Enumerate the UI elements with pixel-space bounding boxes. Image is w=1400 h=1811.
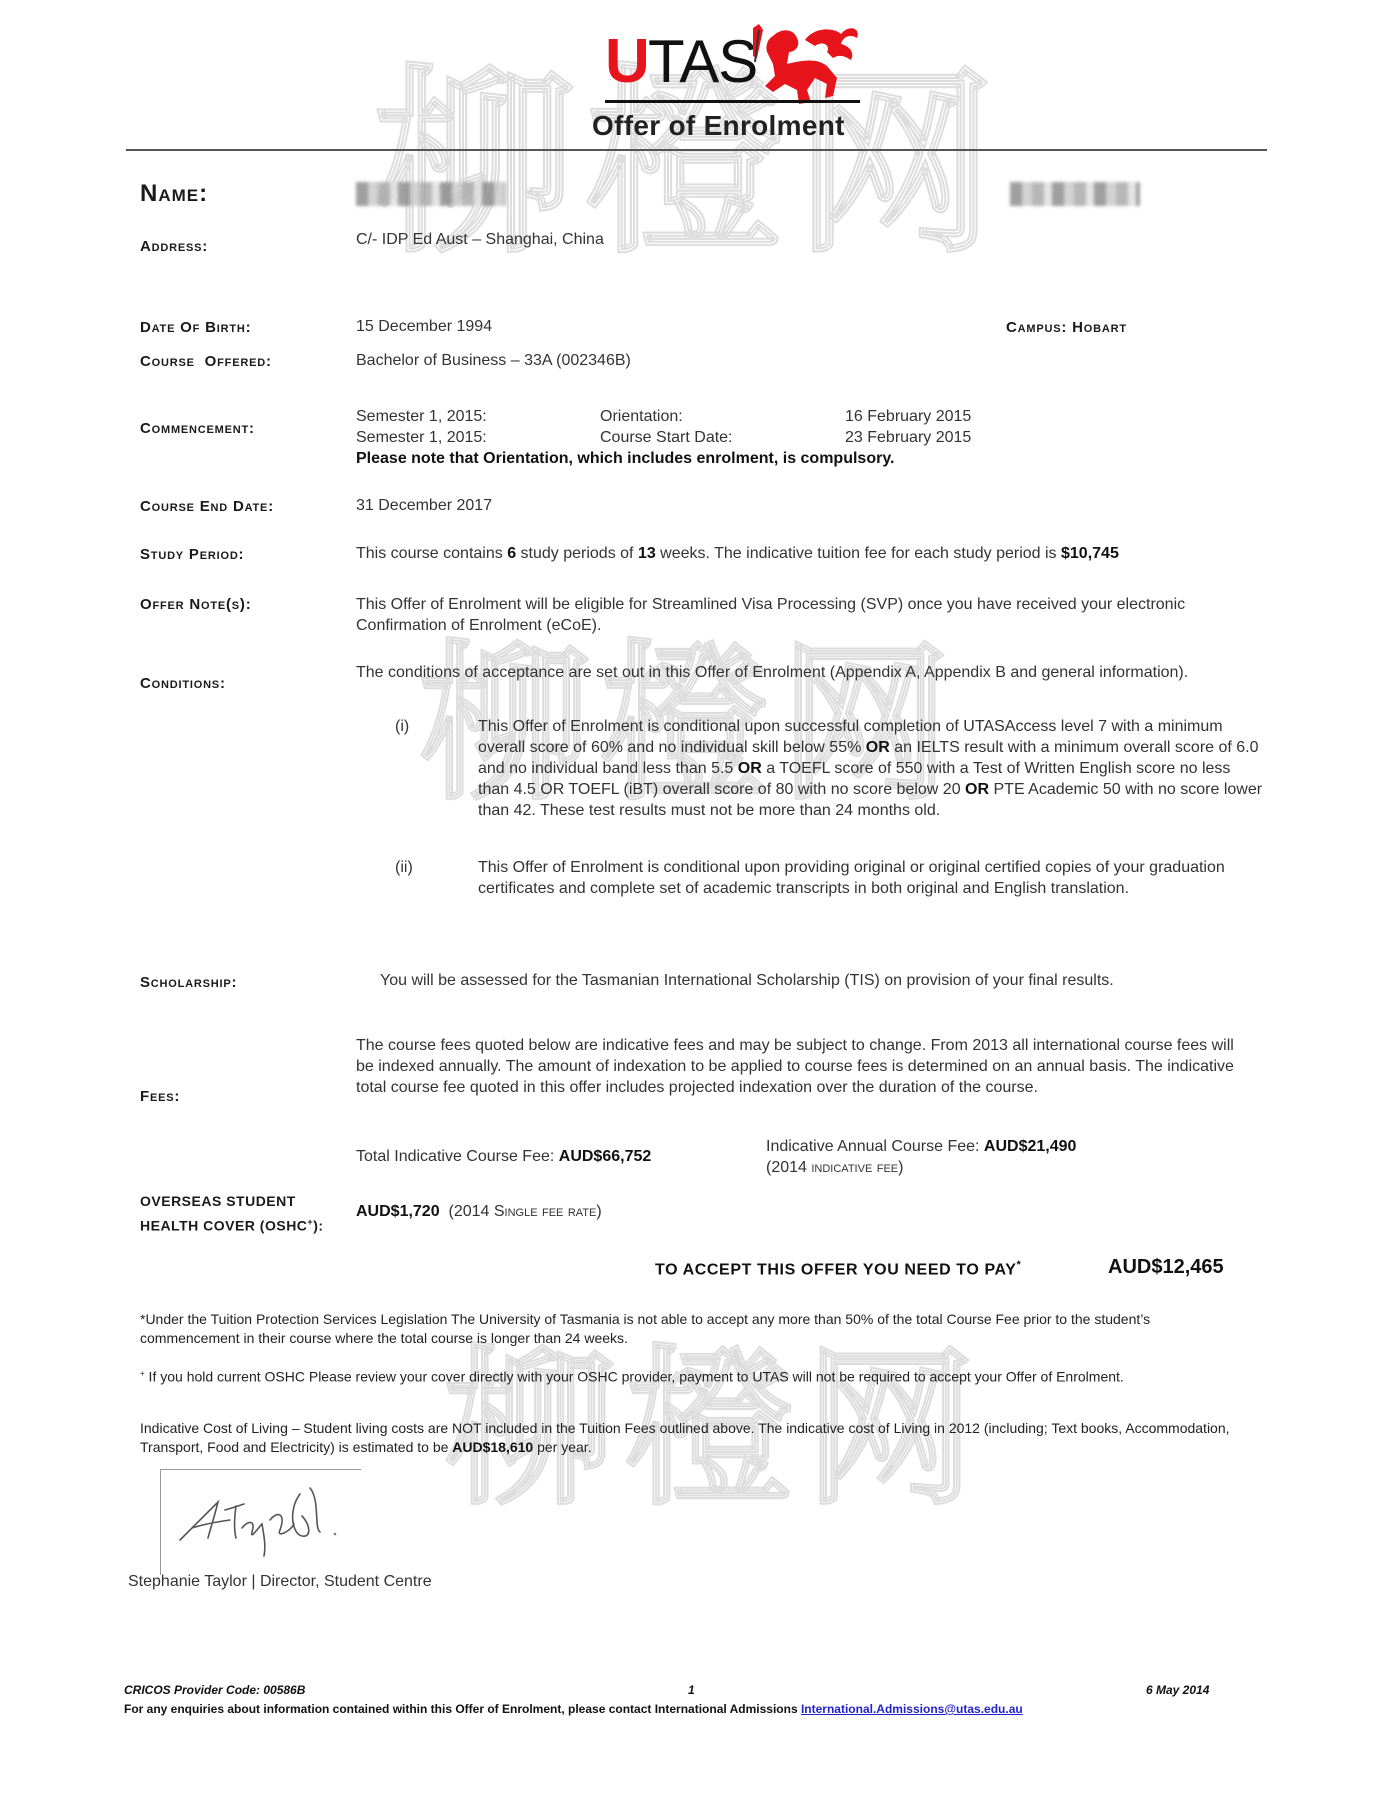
course-offered-value: Bachelor of Business – 33A (002346B) — [356, 352, 631, 370]
offer-note-value: This Offer of Enrolment will be eligible… — [356, 594, 1236, 636]
annual-fee: Indicative Annual Course Fee: AUD$21,490 — [766, 1138, 1076, 1156]
name-redacted-2 — [1010, 182, 1140, 206]
logo-letters-tas: TAS — [648, 30, 757, 94]
study-text: This course contains — [356, 545, 507, 562]
dob-value: 15 December 1994 — [356, 318, 492, 336]
total-fee-label: Total Indicative Course Fee: — [356, 1148, 559, 1165]
commencement-event: Orientation: — [600, 408, 683, 426]
fees-description: The course fees quoted below are indicat… — [356, 1035, 1246, 1098]
study-periods-count: 6 — [507, 545, 516, 562]
condition-number: (i) — [395, 716, 409, 737]
address-label: Address: — [140, 238, 208, 255]
logo-underline — [605, 100, 860, 103]
signatory-name: Stephanie Taylor | Director, Student Cen… — [128, 1573, 432, 1591]
name-label: Name: — [140, 180, 208, 208]
campus-value: Hobart — [1072, 319, 1127, 336]
commencement-event: Course Start Date: — [600, 429, 733, 447]
document-title: Offer of Enrolment — [592, 110, 845, 142]
footnote-oshc: + If you hold current OSHC Please review… — [140, 1364, 1180, 1387]
annual-fee-note: (2014 indicative fee) — [766, 1159, 903, 1177]
header-rule — [126, 149, 1267, 151]
study-period-value: This course contains 6 study periods of … — [356, 545, 1119, 563]
study-text: weeks. The indicative tuition fee for ea… — [656, 545, 1061, 562]
offer-note-label: Offer Note(s): — [140, 596, 252, 613]
commencement-label: Commencement: — [140, 420, 255, 437]
footnote-tps: *Under the Tuition Protection Services L… — [140, 1310, 1225, 1348]
commencement-note: Please note that Orientation, which incl… — [356, 450, 894, 468]
footer-cricos: CRICOS Provider Code: 00586B — [124, 1683, 305, 1697]
utas-logo: U TAS — [605, 28, 865, 118]
course-end-label: Course End Date: — [140, 498, 274, 515]
commencement-semester: Semester 1, 2015: — [356, 408, 487, 426]
address-value: C/- IDP Ed Aust – Shanghai, China — [356, 231, 604, 249]
pay-label: TO ACCEPT THIS OFFER YOU NEED TO PAY — [655, 1261, 1017, 1278]
scholarship-label: Scholarship: — [140, 974, 237, 991]
dob-label: Date Of Birth: — [140, 319, 251, 336]
commencement-date: 23 February 2015 — [845, 429, 971, 447]
fees-label: Fees: — [140, 1088, 180, 1105]
annual-fee-value: AUD$21,490 — [984, 1138, 1077, 1155]
study-text: study periods of — [516, 545, 638, 562]
annual-fee-label: Indicative Annual Course Fee: — [766, 1138, 984, 1155]
study-period-fee: $10,745 — [1061, 545, 1119, 562]
total-fee: Total Indicative Course Fee: AUD$66,752 — [356, 1148, 651, 1166]
condition-text: This Offer of Enrolment is conditional u… — [478, 716, 1265, 821]
total-fee-value: AUD$66,752 — [559, 1148, 652, 1165]
admissions-email-link[interactable]: International.Admissions@utas.edu.au — [801, 1702, 1023, 1716]
campus: Campus: Hobart — [1006, 319, 1127, 336]
study-period-label: Study Period: — [140, 546, 244, 563]
logo-letter-u: U — [605, 30, 650, 94]
course-offered-label: Course Offered: — [140, 353, 272, 370]
conditions-intro: The conditions of acceptance are set out… — [356, 662, 1236, 683]
footer-enquiries: For any enquiries about information cont… — [124, 1702, 1023, 1716]
oshc-amount: AUD$1,720 — [356, 1203, 440, 1220]
condition-number: (ii) — [395, 857, 413, 878]
condition-text: This Offer of Enrolment is conditional u… — [478, 857, 1238, 899]
footer-date: 6 May 2014 — [1146, 1683, 1209, 1697]
oshc-label: OVERSEAS STUDENT HEALTH COVER (OSHC+): — [140, 1191, 324, 1237]
pay-amount: AUD$12,465 — [1108, 1256, 1224, 1279]
commencement-semester: Semester 1, 2015: — [356, 429, 487, 447]
name-redacted-1 — [356, 182, 506, 206]
oshc-value: AUD$1,720 (2014 Single fee rate) — [356, 1203, 602, 1221]
signature-image — [170, 1480, 350, 1560]
commencement-date: 16 February 2015 — [845, 408, 971, 426]
conditions-label: Conditions: — [140, 675, 226, 692]
tasmanian-lion-icon — [745, 18, 865, 113]
pay-to-accept: TO ACCEPT THIS OFFER YOU NEED TO PAY* — [655, 1259, 1021, 1279]
study-weeks-count: 13 — [638, 545, 656, 562]
oshc-note: (2014 Single fee rate) — [449, 1203, 602, 1220]
footer-page-number: 1 — [688, 1683, 695, 1697]
campus-label: Campus: — [1006, 319, 1067, 336]
course-end-value: 31 December 2017 — [356, 497, 492, 515]
enquiries-text: For any enquiries about information cont… — [124, 1702, 801, 1716]
footnote-cost-of-living: Indicative Cost of Living – Student livi… — [140, 1419, 1230, 1457]
scholarship-value: You will be assessed for the Tasmanian I… — [380, 972, 1114, 990]
